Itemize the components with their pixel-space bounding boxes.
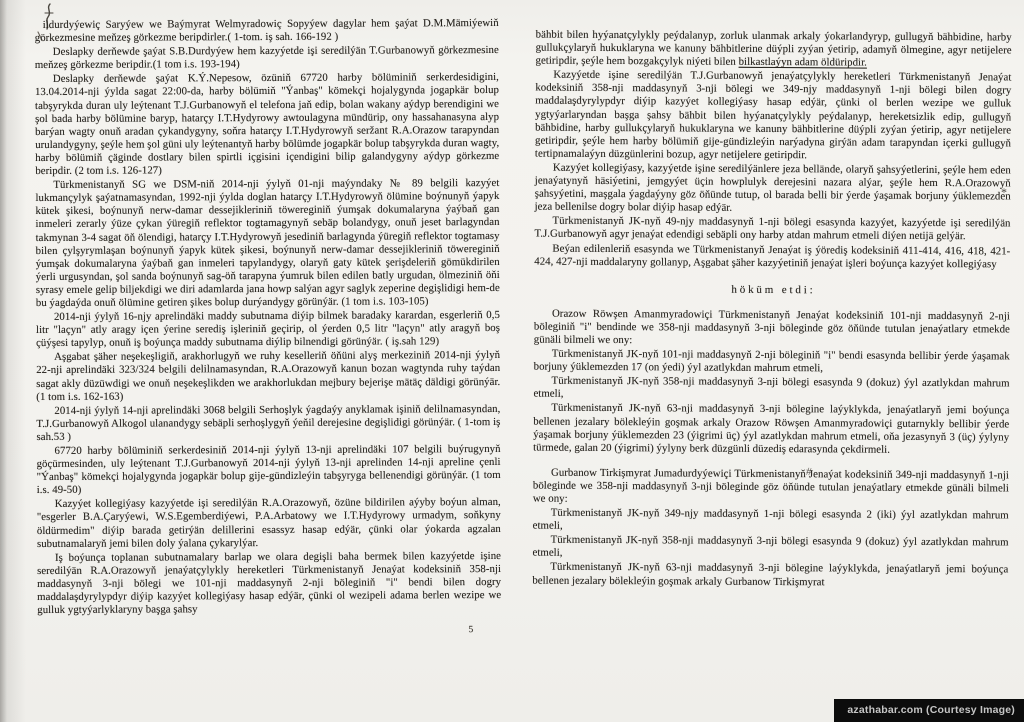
right-page: bähbit bilen hyýanatçylykly peýdalanyp, …: [532, 29, 1011, 592]
paragraph: 2014-nji ýylyň 16-njy aprelindäki maddy …: [36, 309, 500, 350]
underlined-text: bilkastlaýyn adam öldüripdir.: [739, 56, 867, 69]
paragraph: Türkmenistanyň JK-nyň 63-nji maddasynyň …: [532, 561, 1008, 590]
paragraph: 67720 harby bölüminiň serkerdesiniň 2014…: [37, 443, 501, 497]
scanned-court-document: ildurdyýewiç Saryýew we Baýmyrat Welmyra…: [0, 0, 1024, 722]
paragraph: Türkmenistanyň JK-nyň 358-nji maddasynyň…: [533, 375, 1009, 404]
paragraph: Türkmenistanyň JK-nyň 358-nji maddasynyň…: [532, 534, 1008, 563]
ink-mark: #: [805, 466, 812, 479]
paragraph: Deslapky derňewde şaýat S.B.Durdyýew hem…: [35, 44, 499, 72]
paragraph: Beýan edilenleriň esasynda we Türkmenist…: [534, 242, 1010, 271]
paragraph: bähbit bilen hyýanatçylykly peýdalanyp, …: [535, 29, 1011, 71]
paragraph: 2014-nji ýylyň 14-nji aprelindäki 3068 b…: [36, 403, 500, 444]
paragraph: Deslapky derňewde şaýat K.Ý.Nepesow, özü…: [35, 71, 499, 178]
paragraph: Orazow Röwşen Amanmyradowiçi Türkmenista…: [534, 307, 1010, 349]
paragraph: Kazyýet kollegiýasy, kazyýetde işine ser…: [535, 161, 1011, 216]
paragraph: Türkmenistanyň JK-nyň 63-nji maddasynyň …: [533, 402, 1009, 457]
paragraph: Gurbanow Tirkişmyrat Jumadurdyýewiçi Tür…: [533, 466, 1009, 508]
paragraph: Kazyýet kollegiýasy kazyýetde işi seredi…: [37, 496, 501, 550]
page-number: 5: [37, 624, 501, 639]
ink-mark: *: [1001, 185, 1007, 200]
paragraph: Türkmenistanyň JK-nyň 101-nji maddasynyň…: [534, 348, 1010, 377]
paragraph: ildurdyýewiç Saryýew we Baýmyrat Welmyra…: [35, 17, 499, 45]
watermark-credit: azathabar.com (Courtesy Image): [834, 699, 1024, 722]
paragraph: Kazyýetde işine seredilýän T.J.Gurbanowy…: [535, 69, 1012, 164]
paragraph: Aşgabat şäher neşekeşligiň, arakhorlugyň…: [36, 349, 500, 403]
paragraph: Türkmenistanyň JK-nyň 349-njy maddasynyň…: [533, 507, 1009, 536]
verdict-heading: h ö k ü m e t d i :: [534, 282, 1010, 298]
paragraph: Iş boýunça toplanan subutnamalary barlap…: [37, 550, 501, 617]
paragraph: Türkmenistanyň SG we DSM-niň 2014-nji ýy…: [35, 177, 500, 310]
left-page: ildurdyýewiç Saryýew we Baýmyrat Welmyra…: [35, 17, 502, 639]
paragraph: Türkmenistanyň JK-nyň 49-njy maddasynyň …: [534, 215, 1010, 244]
